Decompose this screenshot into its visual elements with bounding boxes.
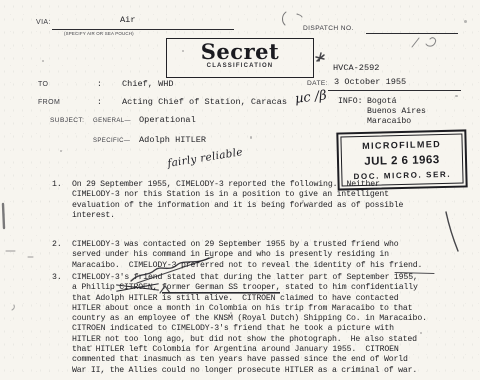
stamp-date-text: JUL 2 6 1963: [364, 154, 440, 168]
info-value-buenos-aires: Buenos Aires: [367, 107, 426, 116]
to-value: Chief, WHD: [122, 79, 174, 89]
paragraph-3-number: 3.: [52, 273, 72, 376]
scan-speck: [182, 50, 184, 52]
classification-label: CLASSIFICATION: [167, 63, 313, 69]
paragraph-3-post: stated to him confidentially that Adolph…: [72, 283, 427, 374]
top-right-scribble-loop: [426, 38, 436, 46]
paragraph-1-number: 1.: [52, 180, 72, 221]
to-colon: :: [97, 80, 102, 89]
via-underline: [52, 29, 234, 30]
left-margin-dashes: [6, 251, 33, 257]
from-colon: :: [97, 98, 102, 107]
paragraph-3: 3. CIMELODY-3's friend stated that durin…: [52, 273, 450, 376]
paragraph-2-number: 2.: [52, 240, 72, 271]
paragraph-2: 2. CIMELODY-3 was contacted on 29 Septem…: [52, 240, 450, 271]
left-edge-scan-line: [3, 204, 4, 228]
subject-general-value: Operational: [139, 115, 196, 125]
subject-specific-value: Adolph HITLER: [139, 135, 206, 145]
scan-speck: [420, 332, 422, 334]
scan-speck: [230, 312, 232, 314]
handwritten-reliability-note: fairly reliable: [167, 146, 244, 170]
date-label: DATE:: [307, 80, 328, 87]
scan-speck: [90, 345, 92, 347]
microfilm-stamp-inner-border: MICROFILMED JUL 2 6 1963 DOC. MICRO. SER…: [340, 134, 463, 187]
date-underline: [328, 90, 461, 91]
via-label: VIA:: [36, 19, 51, 26]
scan-speck: [464, 20, 467, 23]
document-page: VIA: Air (SPECIFY AIR OR SEA POUCH) DISP…: [0, 0, 480, 380]
subject-general-label: GENERAL—: [93, 118, 131, 124]
to-label: TO: [38, 81, 48, 88]
subject-specific-label: SPECIFIC—: [93, 138, 130, 144]
paragraph-1-text: On 29 September 1955, CIMELODY-3 reporte…: [72, 180, 403, 221]
info-value-bogota: Bogotá: [367, 97, 396, 106]
scan-speck: [302, 200, 304, 202]
scan-speck: [42, 60, 44, 62]
paragraph-3-text: CIMELODY-3's friend stated that during t…: [72, 273, 427, 376]
info-value-maracaibo: Maracaibo: [367, 117, 411, 126]
date-value: 3 October 1955: [334, 77, 406, 87]
hand-underlined-phrase: former German SS trooper,: [162, 283, 280, 292]
ink-blot-asterisk: [316, 53, 324, 61]
paragraph-2-text: CIMELODY-3 was contacted on 29 September…: [72, 240, 422, 271]
scan-speck: [60, 150, 62, 152]
top-scribble-paren: [282, 12, 286, 25]
from-label: FROM: [38, 99, 60, 106]
left-margin-comma-mark: [12, 305, 14, 310]
struck-word-citroen: CITROEN,: [119, 283, 157, 292]
via-pouch-note: (SPECIFY AIR OR SEA POUCH): [64, 31, 134, 36]
info-label: INFO:: [338, 97, 363, 106]
handwritten-routing-mark: µc /β: [294, 88, 327, 107]
ref-number: HVCA-2592: [333, 63, 379, 73]
classification-box: Secret CLASSIFICATION: [166, 38, 314, 78]
stamp-microfilmed-text: MICROFILMED: [362, 139, 441, 151]
dispatch-no-underline: [366, 33, 458, 34]
via-value: Air: [120, 15, 135, 25]
scan-speck: [455, 95, 458, 97]
dispatch-no-label: DISPATCH NO.: [303, 25, 354, 32]
from-value: Acting Chief of Station, Caracas: [122, 97, 287, 107]
subject-label: SUBJECT:: [50, 117, 84, 124]
classification-word: Secret: [167, 39, 313, 64]
paragraph-1: 1. On 29 September 1955, CIMELODY-3 repo…: [52, 180, 450, 221]
top-scribble-tick: [297, 14, 302, 17]
scan-speck: [250, 136, 252, 139]
top-right-scribble-stroke: [412, 38, 419, 47]
